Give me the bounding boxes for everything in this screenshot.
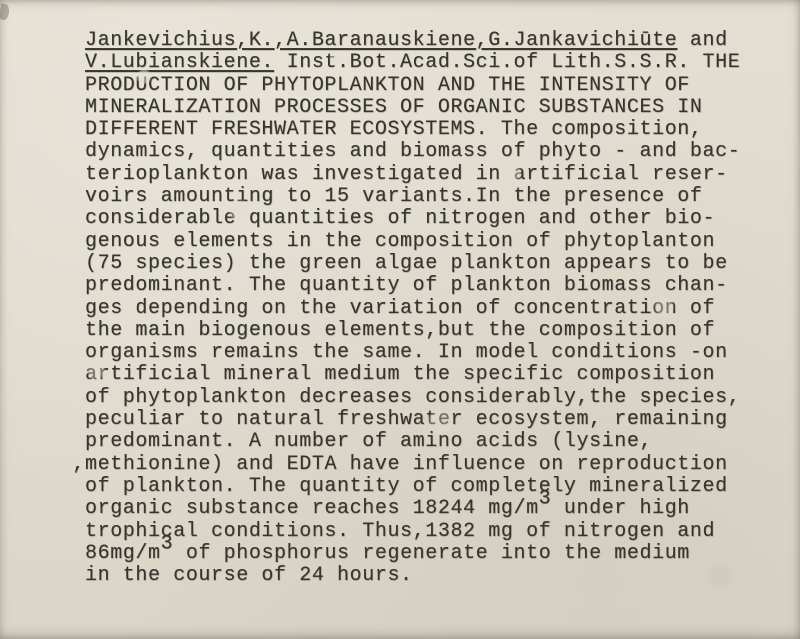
- abstract-text: Jankevichius,K.,A.Baranauskiene,G.Jankav…: [85, 30, 775, 587]
- text-segment: ,methionine) and EDTA have influence on …: [72, 453, 727, 476]
- text-line: of plankton. The quantity of completely …: [85, 476, 775, 498]
- paper-page: Jankevichius,K.,A.Baranauskiene,G.Jankav…: [0, 0, 800, 639]
- text-line: (75 species) the green algae plankton ap…: [85, 253, 775, 275]
- text-segment: trophical conditions. Thus,1382 mg of ni…: [85, 520, 715, 543]
- text-line: ges depending on the variation of concen…: [85, 298, 775, 320]
- text-segment: predominant. The quantity of plankton bi…: [85, 274, 728, 297]
- text-segment: the main biogenous elements,but the comp…: [85, 319, 715, 342]
- text-segment: of plankton. The quantity of completely …: [85, 475, 728, 498]
- text-line: terioplankton was investigated in artifi…: [85, 164, 775, 186]
- text-segment: genous elements in the composition of ph…: [85, 230, 715, 253]
- text-segment: organic substance reaches 18244 mg/m: [85, 497, 539, 520]
- text-segment: voirs amounting to 15 variants.In the pr…: [85, 185, 703, 208]
- text-segment: of phosphorus regenerate into the medium: [173, 542, 690, 565]
- superscript-exponent: 3: [539, 489, 552, 511]
- text-segment: in the course of 24 hours.: [85, 564, 413, 587]
- underlined-author-names: Jankevichius,K.,A.Baranauskiene,G.Jankav…: [85, 29, 677, 52]
- text-line: considerable quantities of nitrogen and …: [85, 208, 775, 230]
- text-line: dynamics, quantities and biomass of phyt…: [85, 141, 775, 163]
- text-segment: MINERALIZATION PROCESSES OF ORGANIC SUBS…: [85, 96, 703, 119]
- text-line: 86mg/m3 of phosphorus regenerate into th…: [85, 543, 775, 565]
- text-segment: PRODUCTION OF PHYTOPLANKTON AND THE INTE…: [85, 74, 690, 97]
- text-line: V.Lubianskiene. Inst.Bot.Acad.Sci.of Lit…: [85, 52, 775, 74]
- text-segment: under high: [551, 497, 690, 520]
- text-line: predominant. A number of amino acids (ly…: [85, 431, 775, 453]
- text-line: peculiar to natural freshwater ecosystem…: [85, 409, 775, 431]
- text-segment: Inst.Bot.Acad.Sci.of Lith.S.S.R. THE: [274, 51, 740, 74]
- text-segment: DIFFERENT FRESHWATER ECOSYSTEMS. The com…: [85, 118, 703, 141]
- underlined-author-names: V.Lubianskiene.: [85, 51, 274, 74]
- text-line: genous elements in the composition of ph…: [85, 231, 775, 253]
- text-line: ,methionine) and EDTA have influence on …: [72, 454, 775, 476]
- text-line: the main biogenous elements,but the comp…: [85, 320, 775, 342]
- text-line: of phytoplankton decreases considerably,…: [85, 387, 775, 409]
- text-segment: and: [677, 29, 727, 52]
- text-segment: ges depending on the variation of concen…: [85, 297, 715, 320]
- text-line: in the course of 24 hours.: [85, 565, 775, 587]
- text-segment: peculiar to natural freshwater ecosystem…: [85, 408, 728, 431]
- scan-artifact-mark: [0, 3, 10, 20]
- text-segment: dynamics, quantities and biomass of phyt…: [85, 140, 740, 163]
- text-segment: predominant. A number of amino acids (ly…: [85, 430, 652, 453]
- text-line: predominant. The quantity of plankton bi…: [85, 275, 775, 297]
- text-line: trophical conditions. Thus,1382 mg of ni…: [85, 521, 775, 543]
- text-line: Jankevichius,K.,A.Baranauskiene,G.Jankav…: [85, 30, 775, 52]
- text-segment: artificial mineral medium the specific c…: [85, 363, 715, 386]
- text-line: MINERALIZATION PROCESSES OF ORGANIC SUBS…: [85, 97, 775, 119]
- text-line: artificial mineral medium the specific c…: [85, 364, 775, 386]
- text-line: organic substance reaches 18244 mg/m3 un…: [85, 498, 775, 520]
- text-segment: of phytoplankton decreases considerably,…: [85, 386, 740, 409]
- text-line: organisms remains the same. In model con…: [85, 342, 775, 364]
- text-segment: organisms remains the same. In model con…: [85, 341, 728, 364]
- text-segment: terioplankton was investigated in artifi…: [85, 163, 728, 186]
- text-segment: considerable quantities of nitrogen and …: [85, 207, 715, 230]
- text-line: DIFFERENT FRESHWATER ECOSYSTEMS. The com…: [85, 119, 775, 141]
- text-segment: (75 species) the green algae plankton ap…: [85, 252, 728, 275]
- superscript-exponent: 3: [161, 533, 174, 555]
- text-segment: 86mg/m: [85, 542, 161, 565]
- text-line: voirs amounting to 15 variants.In the pr…: [85, 186, 775, 208]
- text-line: PRODUCTION OF PHYTOPLANKTON AND THE INTE…: [85, 75, 775, 97]
